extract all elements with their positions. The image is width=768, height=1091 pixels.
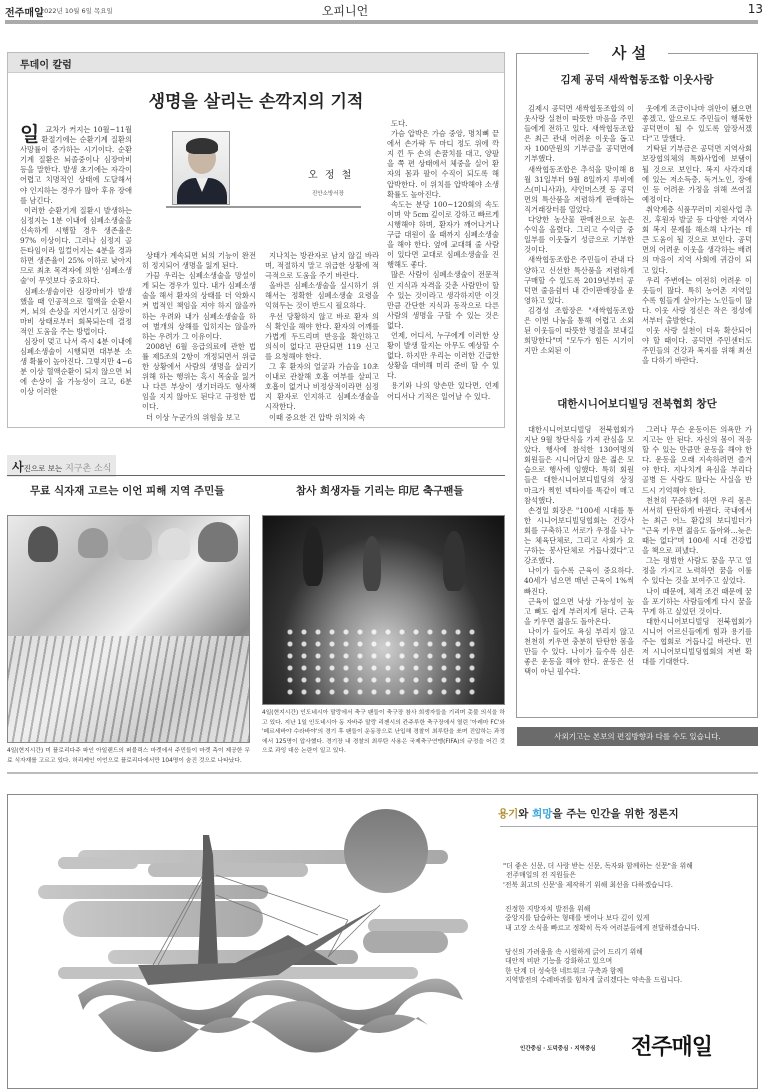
editorial-top-rule-left [516, 53, 589, 54]
editorial-1-text-1: 김제시 공덕면 새싹협동조합의 이웃사랑 실천이 따뜻한 마음을 주민들에게 전… [524, 104, 634, 356]
paragraph: 근육이 없으면 낙상 가능성이 높고 뼈도 쉽게 부러지게 된다. 근육을 키우… [524, 597, 634, 627]
column-text-3: 지나치는 방관자로 남지 않길 바라며, 적절하지 말고 위급한 상황에 적극적… [265, 251, 379, 423]
paragraph: 우선 당황하지 않고 바로 환자 의식 확인을 해야 한다. 환자의 어깨를 가… [265, 312, 379, 362]
editorial-top-rule-right [668, 53, 758, 54]
disclaimer-bar: 사외기고는 본보의 편집방향과 다를 수도 있습니다. [517, 727, 758, 746]
photo-caption-2: 4일(현지시간) 인도네시아 말랑에서 축구 팬들이 축구장 참사 희생자들을 … [262, 709, 505, 757]
tag-small: 진으로 보는 [24, 464, 63, 473]
paragraph: 지나치는 방관자로 남지 않길 바라며, 적절하지 말고 위급한 상황에 적극적… [265, 251, 379, 281]
paragraph: 그러나 무슨 운동이든 의욕만 가지고는 안 된다. 자신의 몸이 적응할 수 … [642, 425, 752, 496]
ad-line: 진정한 지방자치 발전을 위해 [505, 905, 700, 914]
masthead-date: 2022년 10월 6일 목요일 [40, 6, 113, 15]
dropcap: 일 [20, 125, 39, 143]
column-text-1: 일 교차가 커지는 10월~11월 환절기에는 순환기계 질환의 사망률이 증가… [20, 125, 132, 398]
section-title: 오피니언 [245, 2, 445, 19]
paragraph: 많은 사람이 심폐소생술이 전문적인 지식과 자격을 갖춘 사람만이 할 수 있… [387, 270, 499, 331]
author-name: 오 정 철 [308, 166, 353, 181]
photo-section-divider [7, 475, 505, 476]
paragraph: 나이가 들수록 근육이 중요하다. 40세가 넘으면 매년 근육이 1%씩 빠진… [524, 566, 634, 596]
tag-rest: 지구촌 소식 [62, 464, 111, 474]
paragraph: 기탁된 기부금은 공덕면 지역사회보장협의체의 특화사업에 보탬이 될 것으로 … [642, 144, 752, 205]
paragraph: 심장이 멎고 나서 즉시 4분 이내에 심폐소생술이 시행되면 대부분 소생 확… [20, 337, 132, 398]
paragraph: 다양한 농산물 판매전으로 높은 수익을 올렸다. 그리고 수익금 중 일부를 … [524, 215, 634, 255]
photo-caption-1: 4일(현지시간) 미 플로리다주 파인 아일랜드의 퍼블릭스 마켓에서 주민들이… [7, 747, 250, 766]
paragraph: 천천히 꾸준하게 하면 우리 몸은 서서히 탄탄하게 바뀐다. 국내에서는 최근… [642, 496, 752, 557]
editorial-header: 사 설 [590, 42, 668, 63]
photo-candle-vigil [262, 515, 505, 705]
photo-market-shoppers [7, 515, 250, 743]
ad-paragraph-1: "더 좋은 신문, 더 사랑 받는 신문, 독자와 함께하는 신문"을 위해 전… [503, 862, 693, 890]
editorial-1-text-2: 웃에게 조금이나마 위안이 됐으면 좋겠고, 앞으로도 주민들이 행복한 공덕면… [642, 104, 752, 366]
ad-line: 전주매일의 전 직원들은 [503, 871, 693, 880]
page-number: 13 [748, 2, 763, 16]
paragraph: 더 이상 누군가의 위험을 보고 [142, 413, 256, 423]
ad-line: 중앙지를 답습하는 형태를 벗어나 보다 깊이 있게 [505, 914, 700, 923]
paragraph: 나이가 들어도 욕심 부리지 않고 천천히 키우면 충분히 탄탄한 몸을 만들 … [524, 627, 634, 677]
column-text-2: 상태가 계속되면 뇌의 기능이 완전히 정지되어 생명을 잃게 된다. 가끔 우… [142, 251, 256, 423]
ship-illustration [8, 795, 498, 1090]
paragraph: 2008년 6월 응급의료에 관한 법률 제5조의 2항이 개정되면서 위급한 … [142, 342, 256, 413]
paragraph: 새싹협동조합은 주민들이 관내 다양하고 신선한 특산품을 저렴하게 구매할 수… [524, 255, 634, 305]
paragraph: 가끔 우리는 심폐소생술을 망설이게 되는 경우가 있다. 내가 심폐소생술을 … [142, 271, 256, 342]
paragraph: 취약계층 식품꾸러미 지원사업 추진, 후원자 발굴 등 다양한 지역사회 복지… [642, 205, 752, 276]
tag-initial: 사 [12, 460, 24, 474]
paragraph: 가슴 압박은 가슴 중앙, 명치뼈 끝에서 손가락 두 마디 정도 위에 깍지 … [387, 129, 499, 200]
ad-line: 당신의 가려움을 속 시원하게 긁어 드리기 위해 [505, 948, 682, 957]
masthead: 전주매일 2022년 10월 6일 목요일 오피니언 13 [5, 0, 763, 22]
ad-line: 내 고장 소식을 빠르고 정확히 독자 여러분들에게 전달하겠습니다. [505, 924, 700, 933]
paragraph: 나이 때문에, 체격 조건 때문에 꿈을 포기하는 사람들에게 다시 꿈을 꾸게… [642, 587, 752, 617]
paragraph: 상태가 계속되면 뇌의 기능이 완전히 정지되어 생명을 잃게 된다. [142, 251, 256, 271]
paragraph: 속도는 분당 100~120회의 속도이며 약 5cm 깊이로 강하고 빠르게 … [387, 200, 499, 271]
paragraph: 이때 중요한 건 압박 위치와 속 [265, 413, 379, 423]
paragraph: 언제, 어디서, 누구에게 이러한 상황이 발생 할지는 아무도 예상할 수 없… [387, 331, 499, 381]
paragraph: 김경성 조합장은 "새싹협동조합은 이번 나눔을 통해 어렵고 소외된 이웃들이… [524, 306, 634, 356]
paragraph: 김제시 공덕면 새싹협동조합의 이웃사랑 실천이 따뜻한 마음을 주민들에게 전… [524, 104, 634, 165]
paragraph: 새싹협동조합은 추석을 맞이해 8월 31일부터 9월 8일까지 루비에스(미니… [524, 165, 634, 215]
paragraph: 심폐소생술이란 심장마비가 발생했을 때 인공적으로 혈액을 순환시켜, 뇌의 … [20, 287, 132, 337]
paragraph: 우리 주변에는 여전히 어려운 이웃들이 많다. 특히 농어촌 지역일수록 힘들… [642, 276, 752, 326]
ad-line: 대안적 비판 기능을 강화하고 있으며 [505, 957, 682, 966]
paragraph: 올바른 심폐소생술을 실시하기 위해서는 정확한 심폐소생술 요령을 익혀두는 … [265, 281, 379, 311]
slogan-hope: 희망 [532, 808, 552, 820]
ad-line: 지역발전의 수레바퀴를 힘차게 굴리겠다는 약속을 드립니다. [505, 976, 682, 985]
today-column: 투데이 칼럼 생명을 살리는 손깍지의 기적 오 정 철 진안소방서장 일 교차… [7, 52, 505, 428]
ad-line: "더 좋은 신문, 더 사랑 받는 신문, 독자와 함께하는 신문"을 위해 [503, 862, 693, 871]
paragraph: 그는 평범한 사람도 꿈을 꾸고 열정을 가지고 노력하면 꿈을 이룰 수 있다… [642, 556, 752, 586]
paragraph: 웃에게 조금이나마 위안이 됐으면 좋겠고, 앞으로도 주민들이 행복한 공덕면… [642, 104, 752, 144]
author-photo [172, 131, 230, 205]
column-text-4: 도다. 가슴 압박은 가슴 중앙, 명치뼈 끝에서 손가락 두 마디 정도 위에… [387, 119, 499, 402]
editorial-2-text-1: 대한시니어보디빌딩 전북협회가 지난 9월 창단식을 가져 관심을 모았다. 행… [524, 425, 634, 677]
photo-title-2: 참사 희생자들 기리는 印尼 축구팬들 [296, 483, 463, 498]
section-divider [7, 772, 758, 774]
paragraph: 대한시니어보디빌딩 전북협회가 지난 9월 창단식을 가져 관심을 모았다. 행… [524, 425, 634, 506]
ad-paragraph-2: 진정한 지방자치 발전을 위해 중앙지를 답습하는 형태를 벗어나 보다 깊이 … [505, 905, 700, 933]
photo-divider [166, 206, 361, 208]
paragraph: 이러한 순환기계 질환시 발생하는 심정지는 1분 이내에 심폐소생술을 신속하… [20, 206, 132, 287]
paragraph: 그 후 환자의 얼굴과 가슴을 10초 이내로 관찰해 호흡 여부를 살피고 호… [265, 362, 379, 412]
editorial-2-text-2: 그러나 무슨 운동이든 의욕만 가지고는 안 된다. 자신의 몸이 적응할 수 … [642, 425, 752, 667]
masthead-brand: 전주매일 [5, 4, 44, 19]
ad-line: 한 단계 더 성숙한 네트워크 구축과 함께 [505, 967, 682, 976]
paragraph: 대한시니어보디빌딩 전북협회가 시니어 어르신들에게 힘과 용기를 주는 협회로… [642, 617, 752, 667]
column-tag: 투데이 칼럼 [8, 53, 504, 73]
photo-title-1: 무료 식자재 고르는 이언 피해 지역 주민들 [30, 483, 224, 498]
ad-motto: 인간중심 · 도덕중심 · 지역중심 [520, 1044, 596, 1052]
slogan-part: 와 [518, 808, 532, 820]
slogan-part: 을 주는 인간을 위한 정론지 [552, 808, 678, 820]
masthead-divider [5, 20, 758, 24]
author-role: 진안소방서장 [312, 189, 344, 197]
slogan-courage: 용기 [498, 808, 518, 820]
editorial-title-2: 대한시니어보디빌딩 전북협회 창단 [516, 396, 758, 411]
paragraph: 이웃 사랑 실천이 더욱 확산되어야 할 때이다. 공덕면 주민센터도 주민들의… [642, 326, 752, 366]
photo-section-tag: 사진으로 보는 지구촌 소식 [7, 455, 116, 477]
paragraph: 손경일 회장은 "100세 시대를 통한 시니어보디빌딩협회는 건강사회를 구축… [524, 506, 634, 567]
editorial-title-1: 김제 공덕 새싹협동조합 이웃사랑 [516, 72, 758, 87]
paragraph: 도다. [387, 119, 499, 129]
ad-paragraph-3: 당신의 가려움을 속 시원하게 긁어 드리기 위해 대안적 비판 기능을 강화하… [505, 948, 682, 986]
column-title: 생명을 살리는 손깍지의 기적 [8, 87, 504, 112]
newspaper-logo: 전주매일 [631, 1030, 712, 1061]
ad-divider [500, 826, 757, 827]
ad-slogan: 용기와 희망을 주는 인간을 위한 정론지 [498, 806, 679, 821]
paragraph: 용기와 나의 양손만 있다면, 언제 어디서나 기적은 일어날 수 있다. [387, 381, 499, 401]
ad-line: '전북 최고의 신문'을 제작하기 위해 최선을 다하겠습니다. [503, 881, 693, 890]
